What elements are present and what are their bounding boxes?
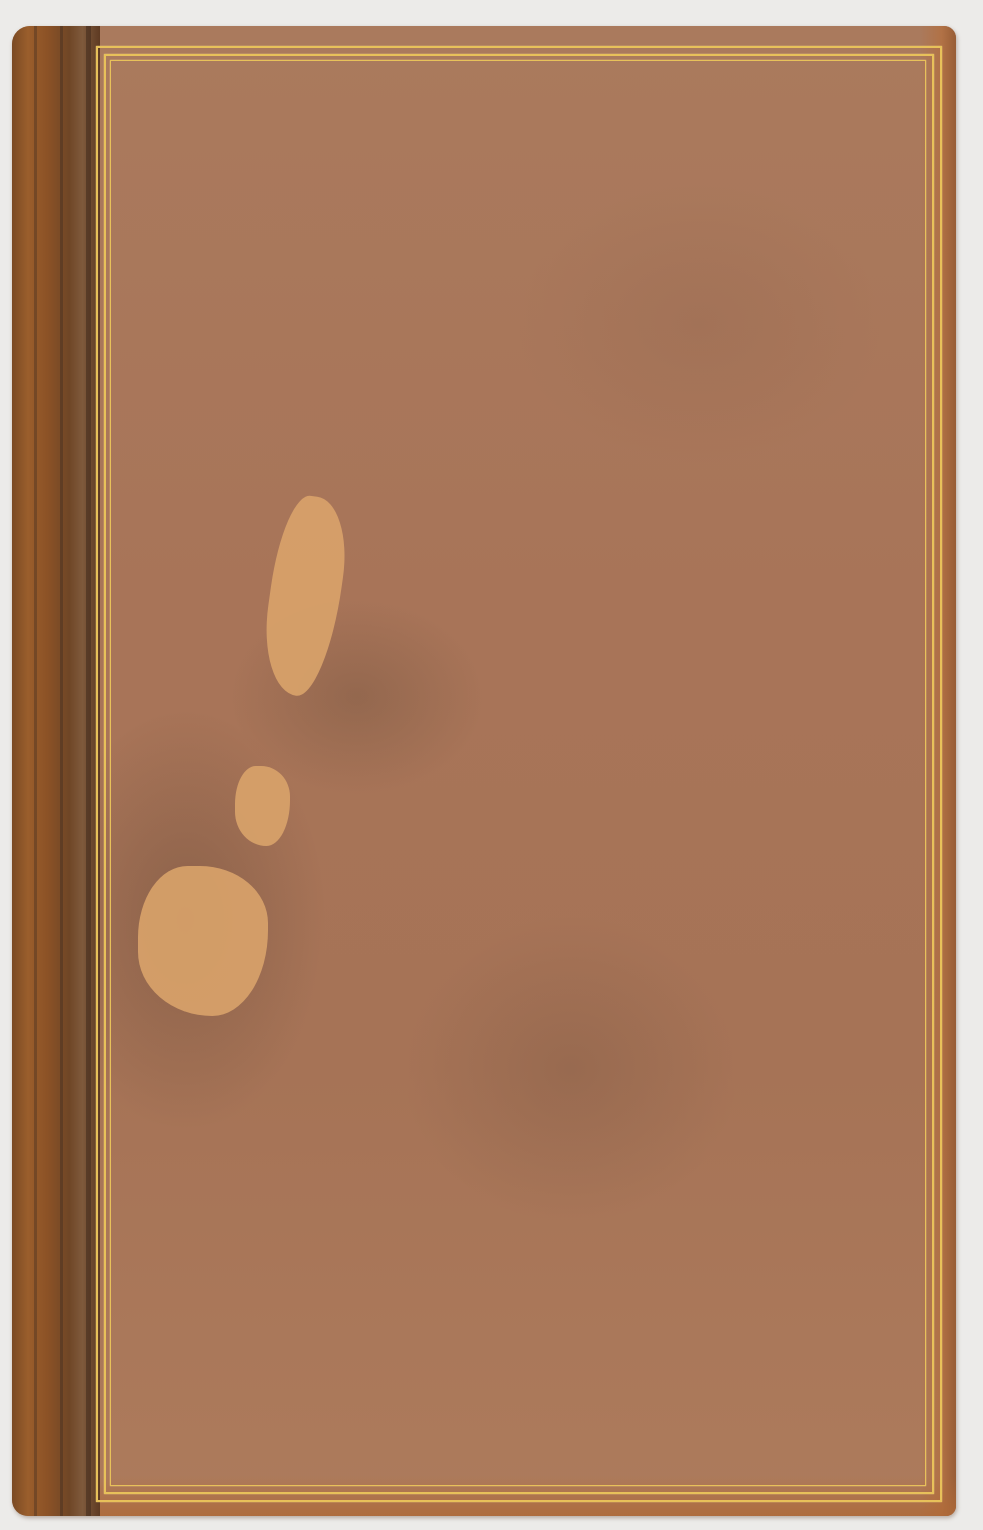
spine-crease xyxy=(34,26,37,1516)
spine-joint xyxy=(86,26,91,1516)
book-cover xyxy=(12,26,956,1516)
book-spine xyxy=(12,26,100,1516)
spine-crease xyxy=(60,26,63,1516)
gilt-fillet-inner xyxy=(110,60,926,1486)
